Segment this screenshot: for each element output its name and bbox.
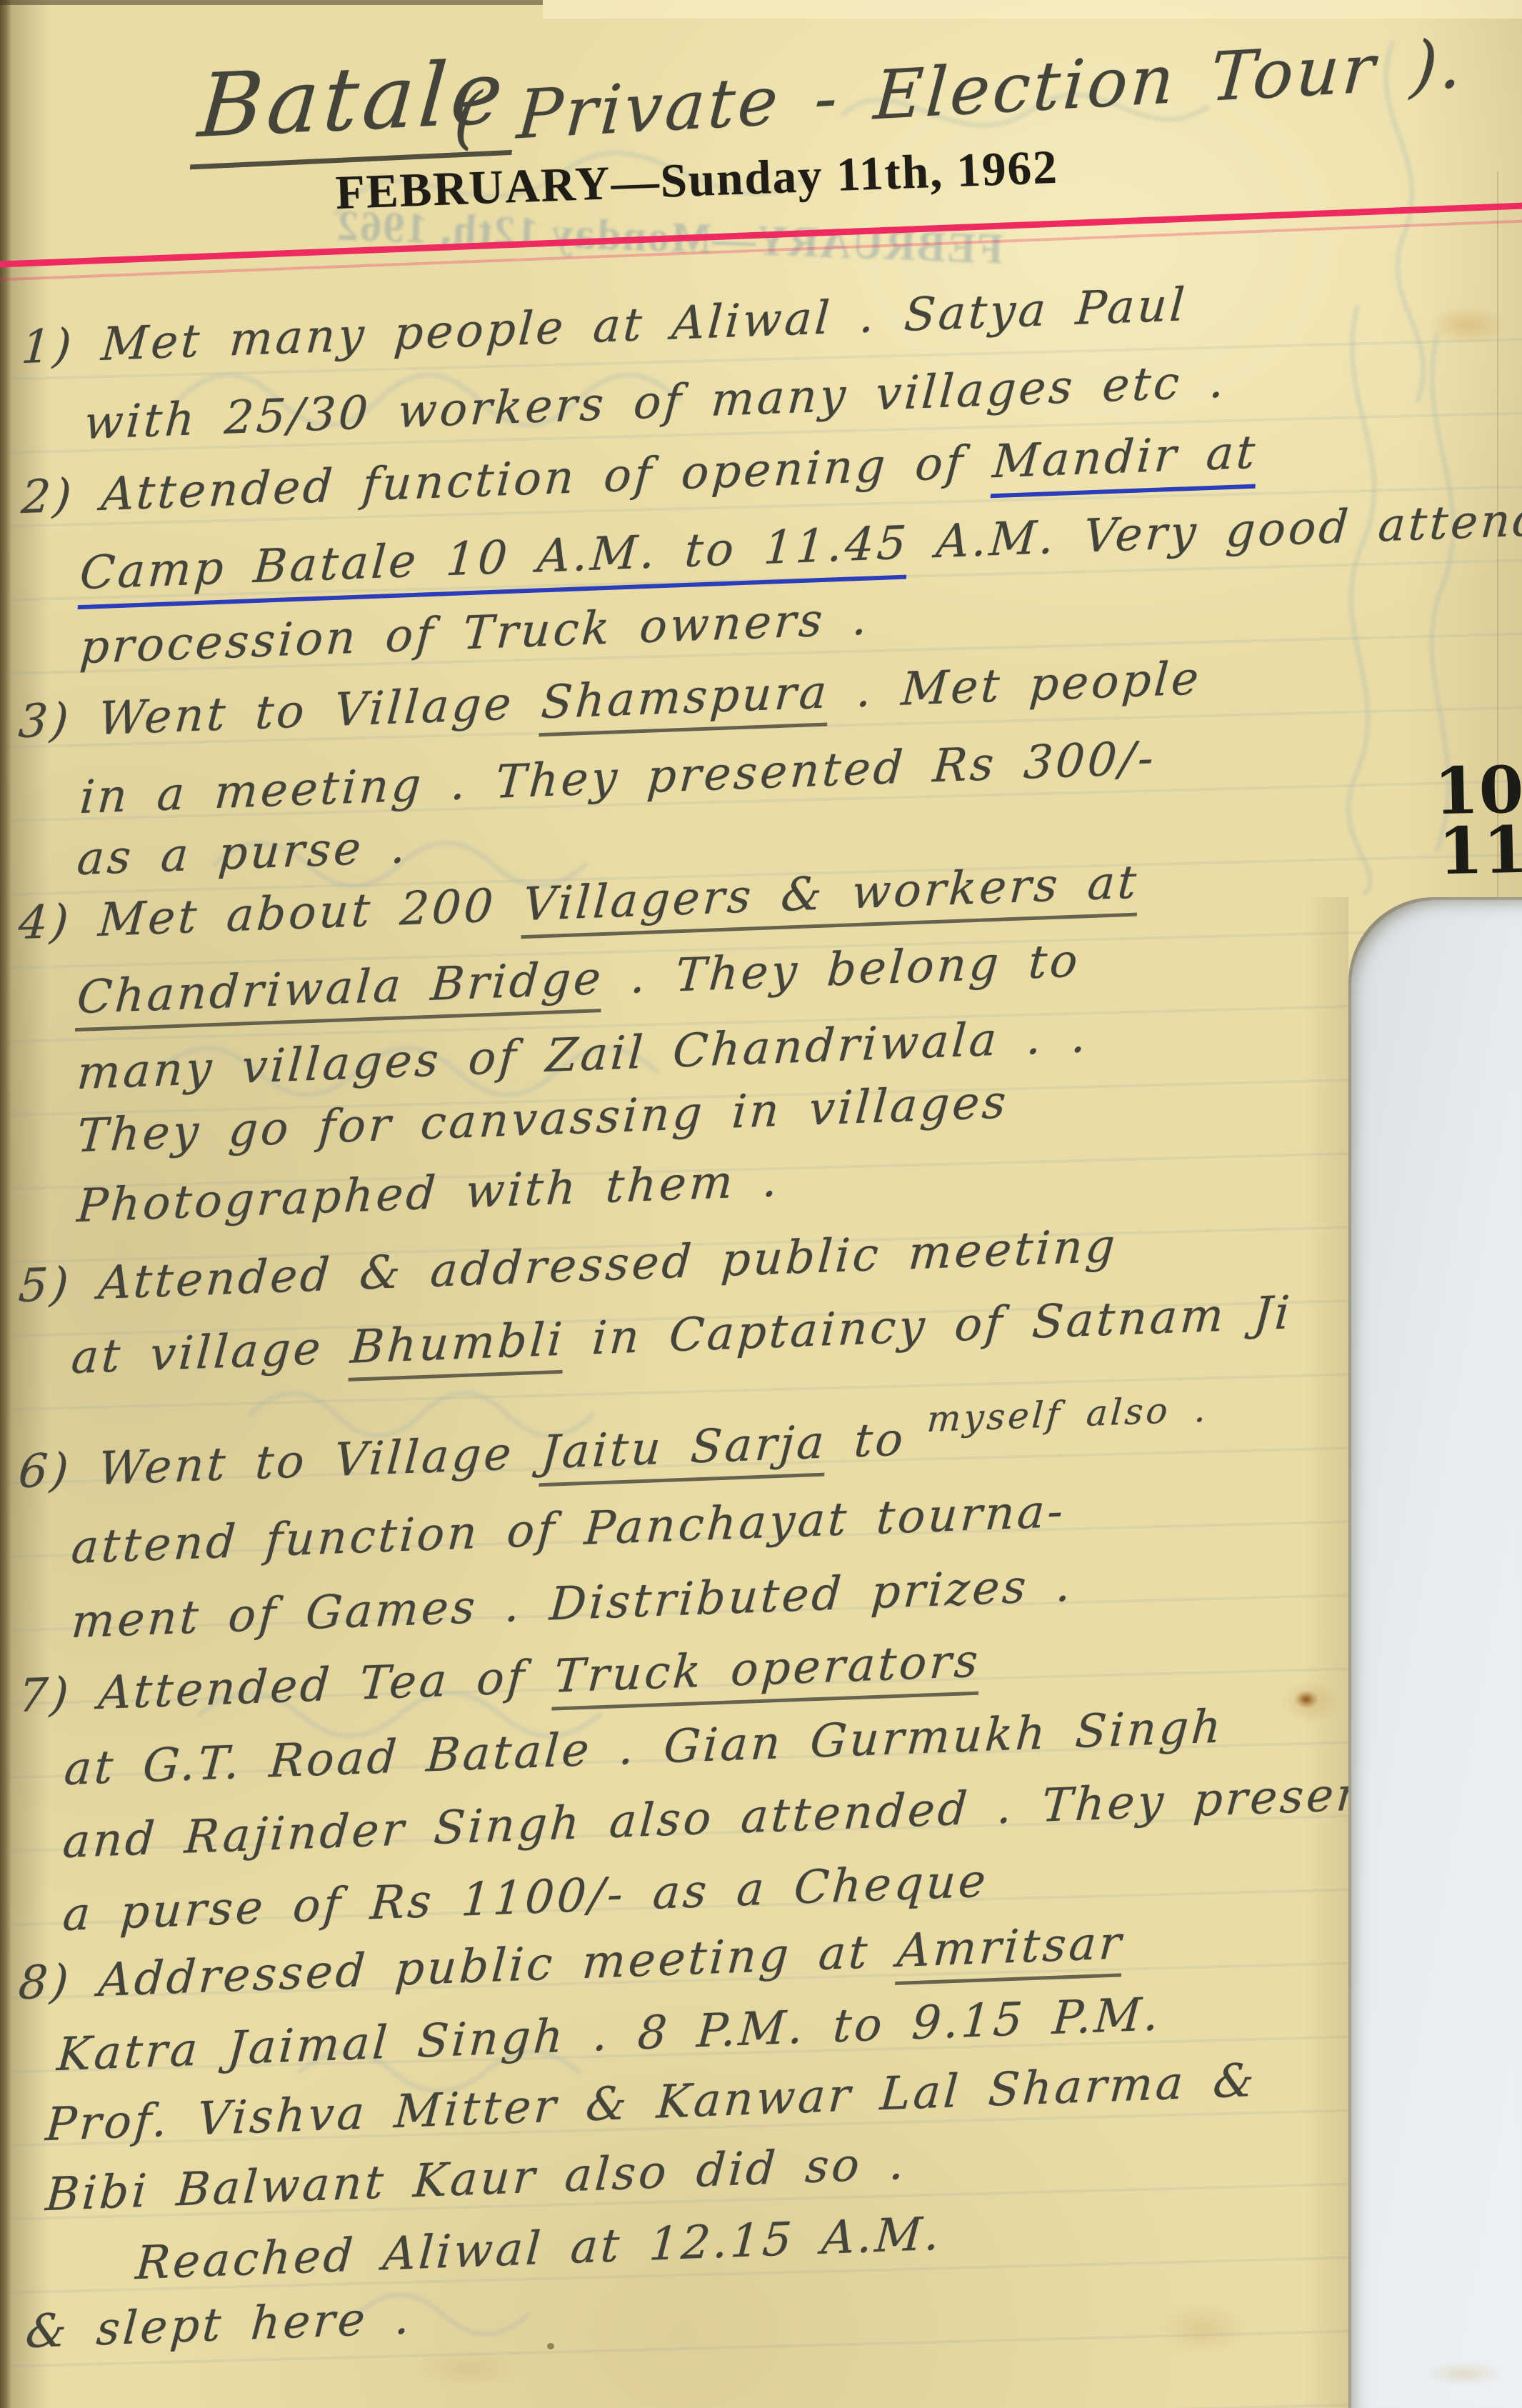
underlined-phrase: Mandir at	[990, 426, 1259, 498]
page-edge-shadow	[1304, 897, 1348, 2408]
scanned-diary-page: { "page": { "handwritten_title": "Batale…	[0, 0, 1522, 2408]
underlined-phrase: Bhumbli	[349, 1314, 567, 1382]
tab-page-number-11: 11	[1438, 818, 1522, 884]
page-top-edge	[0, 0, 543, 5]
next-page-corner	[1348, 897, 1522, 2408]
binding-edge	[0, 0, 11, 2408]
phrase: at village	[69, 1322, 352, 1385]
underlined-phrase: Jaitu Sarja	[539, 1416, 828, 1487]
underlined-phrase: Amritsar	[895, 1917, 1126, 1985]
underlined-phrase: Shamspura	[539, 666, 831, 736]
phrase: to	[825, 1413, 908, 1469]
page-behind-top-edge	[543, 0, 1522, 19]
